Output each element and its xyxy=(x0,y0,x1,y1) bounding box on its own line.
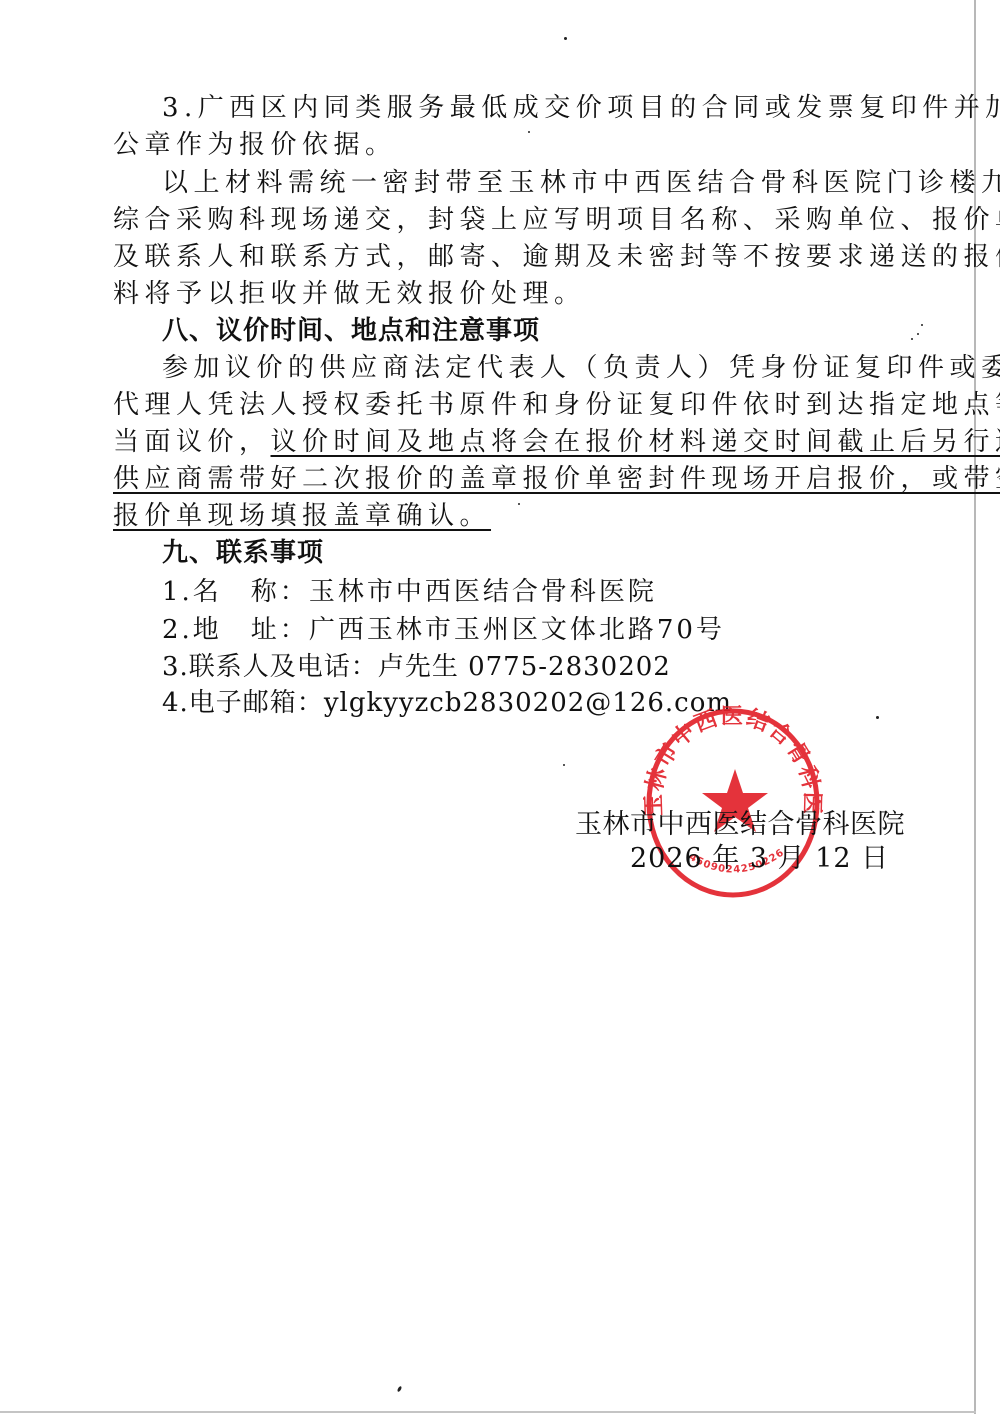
text-line: 代理人凭法人授权委托书原件和身份证复印件依时到达指定地点等候 xyxy=(113,387,893,423)
text-line: 以上材料需统一密封带至玉林市中西医结合骨科医院门诊楼九楼 xyxy=(162,165,942,201)
scan-speck xyxy=(397,1386,403,1393)
contact-value: 玉林市中西医结合骨科医院 xyxy=(309,577,657,607)
contact-label: 2.地 址： xyxy=(162,615,309,645)
contact-value: 卢先生 0775-2830202 xyxy=(378,652,671,682)
contact-value: 广西玉林市玉州区文体北路70号 xyxy=(309,615,725,645)
scan-speck xyxy=(564,37,567,40)
section-heading: 九、联系事项 xyxy=(162,535,942,571)
signature-date: 2026 年 3 月 12 日 xyxy=(630,836,889,875)
text-line: 当面议价，议价时间及地点将会在报价材料递交时间截止后另行通知。 xyxy=(113,424,893,460)
plain-text: 当面议价， xyxy=(113,427,271,457)
contact-label: 3.联系人及电话： xyxy=(162,652,378,682)
contact-label: 1.名 称： xyxy=(162,577,309,607)
text-line: 参加议价的供应商法定代表人（负责人）凭身份证复印件或委托 xyxy=(162,350,942,386)
underlined-text: 议价时间及地点将会在报价材料递交时间截止后另行通知。 xyxy=(271,427,1000,457)
section-heading: 八、议价时间、地点和注意事项 xyxy=(162,313,942,349)
text-line: 供应商需带好二次报价的盖章报价单密封件现场开启报价，或带空白 xyxy=(113,461,893,497)
text-line: 综合采购科现场递交，封袋上应写明项目名称、采购单位、报价单位 xyxy=(113,202,893,238)
text-line: 3.广西区内同类服务最低成交价项目的合同或发票复印件并加盖 xyxy=(162,90,942,126)
page-edge-bottom xyxy=(0,1411,976,1413)
text-line: 公章作为报价依据。 xyxy=(113,127,893,163)
underlined-text: 报价单现场填报盖章确认。 xyxy=(113,501,491,531)
contact-name: 1.名 称：玉林市中西医结合骨科医院 xyxy=(162,574,942,610)
underlined-text: 供应商需带好二次报价的盖章报价单密封件现场开启报价，或带空白 xyxy=(113,464,1000,494)
text-line: 料将予以拒收并做无效报价处理。 xyxy=(113,276,893,312)
scan-speck xyxy=(563,764,565,766)
contact-phone: 3.联系人及电话：卢先生 0775-2830202 xyxy=(162,649,942,685)
contact-label: 4.电子邮箱： xyxy=(162,688,324,718)
contact-email: 4.电子邮箱：ylgkyyzcb2830202@126.com xyxy=(162,685,942,721)
contact-address: 2.地 址：广西玉林市玉州区文体北路70号 xyxy=(162,612,942,648)
text-line: 报价单现场填报盖章确认。 xyxy=(113,498,893,534)
text-line: 及联系人和联系方式，邮寄、逾期及未密封等不按要求递送的报价材 xyxy=(113,239,893,275)
